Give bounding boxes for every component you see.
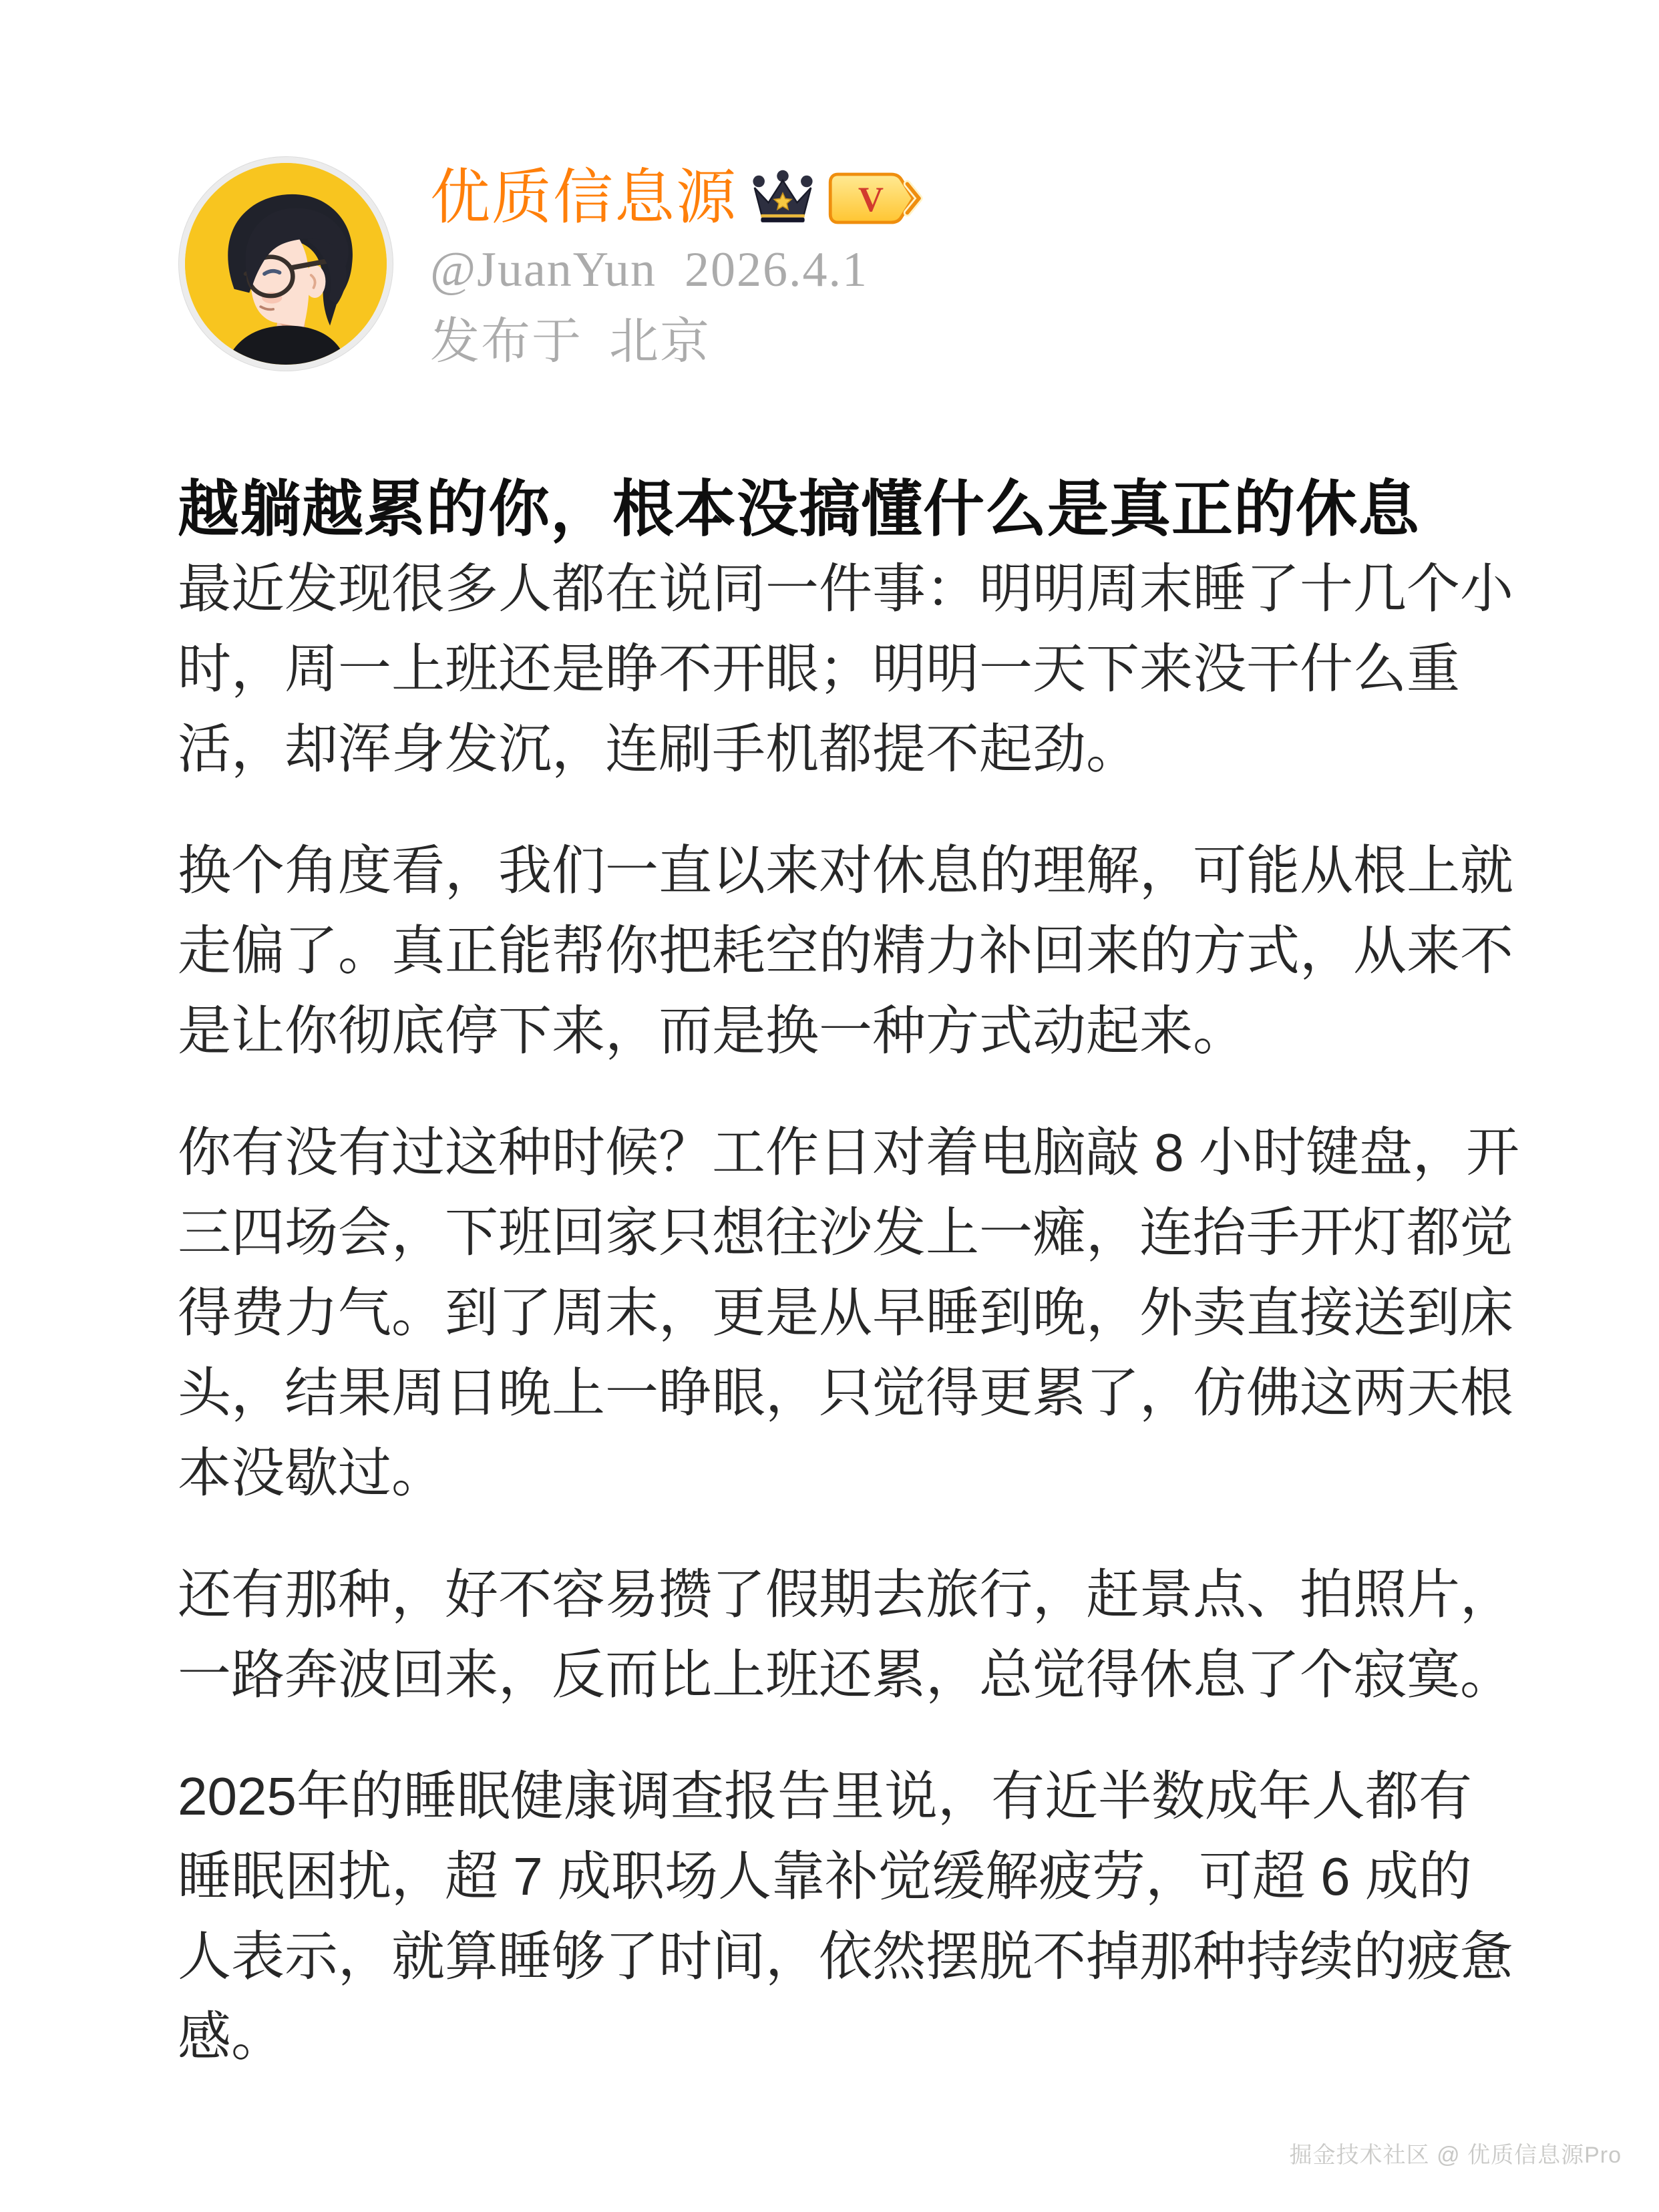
v-badge-letter: V <box>858 180 884 219</box>
crown-badge-icon <box>748 170 817 227</box>
paragraph: 还有那种，好不容易攒了假期去旅行，赶景点、拍照片，一路奔波回来，反而比上班还累，… <box>178 1555 1520 1715</box>
posted-prefix: 发布于 <box>430 313 582 371</box>
paragraph: 换个角度看，我们一直以来对休息的理解，可能从根上就走偏了。真正能帮你把耗空的精力… <box>178 831 1520 1071</box>
post-date: 2026.4.1 <box>685 241 868 299</box>
paragraph: 2025年的睡眠健康调查报告里说，有近半数成年人都有睡眠困扰，超 7 成职场人靠… <box>178 1757 1520 2077</box>
avatar-illustration <box>185 163 387 365</box>
handle-row: @JuanYun 2026.4.1 <box>430 241 930 299</box>
v-plus-badge-icon: V <box>828 169 930 228</box>
article-body: 最近发现很多人都在说同一件事：明明周末睡了十几个小时，周一上班还是睁不开眼；明明… <box>178 549 1520 2118</box>
username[interactable]: 优质信息源 <box>430 164 737 233</box>
paragraph: 你有没有过这种时候？工作日对着电脑敲 8 小时键盘，开三四场会，下班回家只想往沙… <box>178 1113 1520 1513</box>
page-title: 越躺越累的你，根本没搞懂什么是真正的休息 <box>178 472 1527 548</box>
user-handle[interactable]: @JuanYun <box>430 241 657 299</box>
watermark: 掘金技术社区 @ 优质信息源Pro <box>1290 2139 1622 2172</box>
post-header-text: 优质信息源 <box>430 157 930 371</box>
avatar[interactable] <box>179 157 393 371</box>
post-header: 优质信息源 <box>179 157 930 371</box>
posted-location: 北京 <box>609 313 711 371</box>
share-card: 优质信息源 <box>0 0 1659 2212</box>
paragraph: 最近发现很多人都在说同一件事：明明周末睡了十几个小时，周一上班还是睁不开眼；明明… <box>178 549 1520 789</box>
location-row: 发布于 北京 <box>430 313 930 371</box>
username-row: 优质信息源 <box>430 164 930 233</box>
